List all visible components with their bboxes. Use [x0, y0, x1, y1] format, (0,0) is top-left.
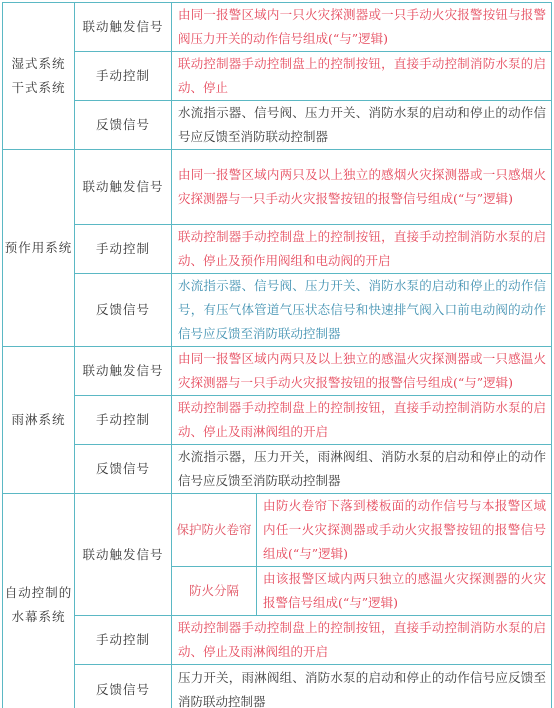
system-name-water-curtain: 自动控制的 水幕系统 [3, 494, 75, 708]
table-row: 手动控制 联动控制器手动控制盘上的控制按钮，直接手动控制消防水泵的启动、停止及雨… [3, 616, 552, 665]
signal-description: 水流指示器、信号阀、压力开关、消防水泵的启动和停止的动作信号，有压气体管道气压状… [172, 274, 552, 347]
signal-description: 由该报警区域内两只独立的感温火灾探测器的火灾报警信号组成(“与”逻辑) [257, 567, 552, 616]
table-row: 手动控制 联动控制器手动控制盘上的控制按钮，直接手动控制消防水泵的启动、停止及雨… [3, 396, 552, 445]
signal-type-label: 反馈信号 [75, 445, 172, 494]
signal-description: 由同一报警区域内两只及以上独立的感烟火灾探测器或一只感烟火灾探测器与一只手动火灾… [172, 150, 552, 225]
table-row: 手动控制 联动控制器手动控制盘上的控制按钮，直接手动控制消防水泵的启动、停止及预… [3, 225, 552, 274]
subcategory-label: 防火分隔 [172, 567, 257, 616]
signal-description: 水流指示器、信号阀、压力开关、消防水泵的启动和停止的动作信号应反馈至消防联动控制… [172, 101, 552, 150]
signal-description: 联动控制器手动控制盘上的控制按钮，直接手动控制消防水泵的启动、停止 [172, 52, 552, 101]
signal-description: 联动控制器手动控制盘上的控制按钮，直接手动控制消防水泵的启动、停止及预作用阀组和… [172, 225, 552, 274]
signal-description: 水流指示器，压力开关，雨淋阀组、消防水泵的启动和停止的动作信号应反馈至消防联动控… [172, 445, 552, 494]
signal-type-label: 反馈信号 [75, 274, 172, 347]
table-row: 反馈信号 水流指示器、信号阀、压力开关、消防水泵的启动和停止的动作信号应反馈至消… [3, 101, 552, 150]
signal-type-label: 反馈信号 [75, 665, 172, 708]
signal-type-label: 联动触发信号 [75, 347, 172, 396]
signal-type-label: 手动控制 [75, 52, 172, 101]
signal-type-label: 联动触发信号 [75, 3, 172, 52]
table-row: 手动控制 联动控制器手动控制盘上的控制按钮，直接手动控制消防水泵的启动、停止 [3, 52, 552, 101]
table-row: 湿式系统 干式系统 联动触发信号 由同一报警区域内一只火灾探测器或一只手动火灾报… [3, 3, 552, 52]
system-name-deluge: 雨淋系统 [3, 347, 75, 494]
system-name-preaction: 预作用系统 [3, 150, 75, 347]
table-row: 反馈信号 水流指示器，压力开关，雨淋阀组、消防水泵的启动和停止的动作信号应反馈至… [3, 445, 552, 494]
table-row: 预作用系统 联动触发信号 由同一报警区域内两只及以上独立的感烟火灾探测器或一只感… [3, 150, 552, 225]
system-name-wet-dry: 湿式系统 干式系统 [3, 3, 75, 150]
signal-description: 联动控制器手动控制盘上的控制按钮，直接手动控制消防水泵的启动、停止及雨淋阀组的开… [172, 616, 552, 665]
table-row: 反馈信号 压力开关，雨淋阀组、消防水泵的启动和停止的动作信号应反馈至消防联动控制… [3, 665, 552, 708]
signal-type-label: 联动触发信号 [75, 494, 172, 616]
signal-description: 由防火卷帘下落到楼板面的动作信号与本报警区域内任一火灾探测器或手动火灾报警按钮的… [257, 494, 552, 567]
table-row: 自动控制的 水幕系统 联动触发信号 保护防火卷帘 由防火卷帘下落到楼板面的动作信… [3, 494, 552, 567]
signal-type-label: 手动控制 [75, 225, 172, 274]
signal-type-label: 手动控制 [75, 616, 172, 665]
signal-description: 压力开关，雨淋阀组、消防水泵的启动和停止的动作信号应反馈至消防联动控制器 [172, 665, 552, 708]
table-row: 反馈信号 水流指示器、信号阀、压力开关、消防水泵的启动和停止的动作信号，有压气体… [3, 274, 552, 347]
signal-description: 由同一报警区域内两只及以上独立的感温火灾探测器或一只感温火灾探测器与一只手动火灾… [172, 347, 552, 396]
fire-linkage-control-table: 湿式系统 干式系统 联动触发信号 由同一报警区域内一只火灾探测器或一只手动火灾报… [2, 2, 552, 708]
signal-type-label: 联动触发信号 [75, 150, 172, 225]
signal-description: 由同一报警区域内一只火灾探测器或一只手动火灾报警按钮与报警阀压力开关的动作信号组… [172, 3, 552, 52]
signal-description: 联动控制器手动控制盘上的控制按钮，直接手动控制消防水泵的启动、停止及雨淋阀组的开… [172, 396, 552, 445]
signal-type-label: 手动控制 [75, 396, 172, 445]
subcategory-label: 保护防火卷帘 [172, 494, 257, 567]
table-row: 雨淋系统 联动触发信号 由同一报警区域内两只及以上独立的感温火灾探测器或一只感温… [3, 347, 552, 396]
signal-type-label: 反馈信号 [75, 101, 172, 150]
